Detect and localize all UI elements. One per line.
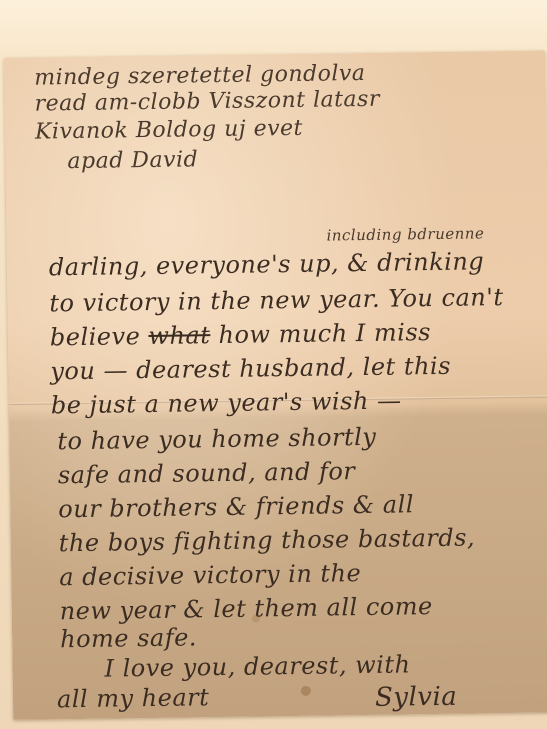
body-line-3-end: how much I miss — [218, 318, 431, 349]
header-line-1: mindeg szeretettel gondolva — [34, 61, 366, 91]
body-line-10: a decisive victory in the — [59, 559, 361, 591]
body-line-3-start: believe — [50, 322, 141, 351]
body-line-5: be just a new year's wish — — [51, 386, 402, 419]
header-line-3: Kivanok Boldog uj evet — [35, 116, 303, 145]
body-line-3: believe what how much I miss — [50, 318, 431, 351]
body-line-2: to victory in the new year. You can't — [49, 283, 503, 317]
body-line-1: darling, everyone's up, & drinking — [49, 247, 485, 281]
struck-word: what — [148, 321, 210, 350]
body-line-4: you — dearest husband, let this — [50, 352, 451, 386]
closing-line-2: all my heart — [57, 683, 210, 713]
signature: Sylvia — [375, 682, 458, 713]
header-line-2: read am-clobb Visszont latasr — [34, 87, 380, 117]
closing-line-1: I love you, dearest, with — [104, 650, 410, 682]
body-line-9: the boys fighting those bastards, — [59, 523, 476, 557]
body-line-11: new year & let them all come — [60, 592, 433, 625]
body-line-7: safe and sound, and for — [58, 457, 356, 489]
ink-stain — [301, 686, 311, 696]
body-line-8: our brothers & friends & all — [58, 490, 414, 523]
letter-paper: mindeg szeretettel gondolva read am-clob… — [4, 50, 547, 719]
header-line-4: apad David — [67, 147, 198, 174]
body-line-6: to have you home shortly — [57, 423, 376, 455]
insertion-note: including bdruenne — [326, 224, 484, 244]
body-line-12: home safe. — [60, 623, 197, 653]
